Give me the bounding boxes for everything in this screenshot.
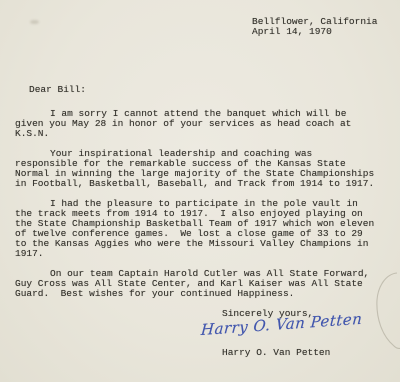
paper-smudge <box>30 20 39 24</box>
letter-page: Bellflower, California April 14, 1970 De… <box>0 0 400 382</box>
salutation-line: Dear Bill: <box>29 85 86 95</box>
typed-name-line: Harry O. Van Petten <box>222 348 330 358</box>
paragraph-2: Your inspirational leadership and coachi… <box>15 149 374 189</box>
date-block: Bellflower, California April 14, 1970 <box>252 17 377 37</box>
salutation: Dear Bill: <box>29 85 86 95</box>
letter-line: Guard. Best wishes for your continued Ha… <box>15 289 369 299</box>
paragraph-3: I had the pleasure to participate in the… <box>15 199 374 259</box>
letter-line: given you May 28 in honor of your servic… <box>15 119 351 129</box>
letter-line: K.S.N. <box>15 129 351 139</box>
letter-line: to the Kansas Aggies who were the Missou… <box>15 239 374 249</box>
date-line: April 14, 1970 <box>252 27 377 37</box>
letter-line: 1917. <box>15 249 374 259</box>
paragraph-4: On our team Captain Harold Cutler was Al… <box>15 269 369 299</box>
paragraph-1: I am sorry I cannot attend the banquet w… <box>15 109 351 139</box>
letter-line: in Football, Basketball, Baseball, and T… <box>15 179 374 189</box>
typed-signature-name: Harry O. Van Petten <box>222 348 330 358</box>
